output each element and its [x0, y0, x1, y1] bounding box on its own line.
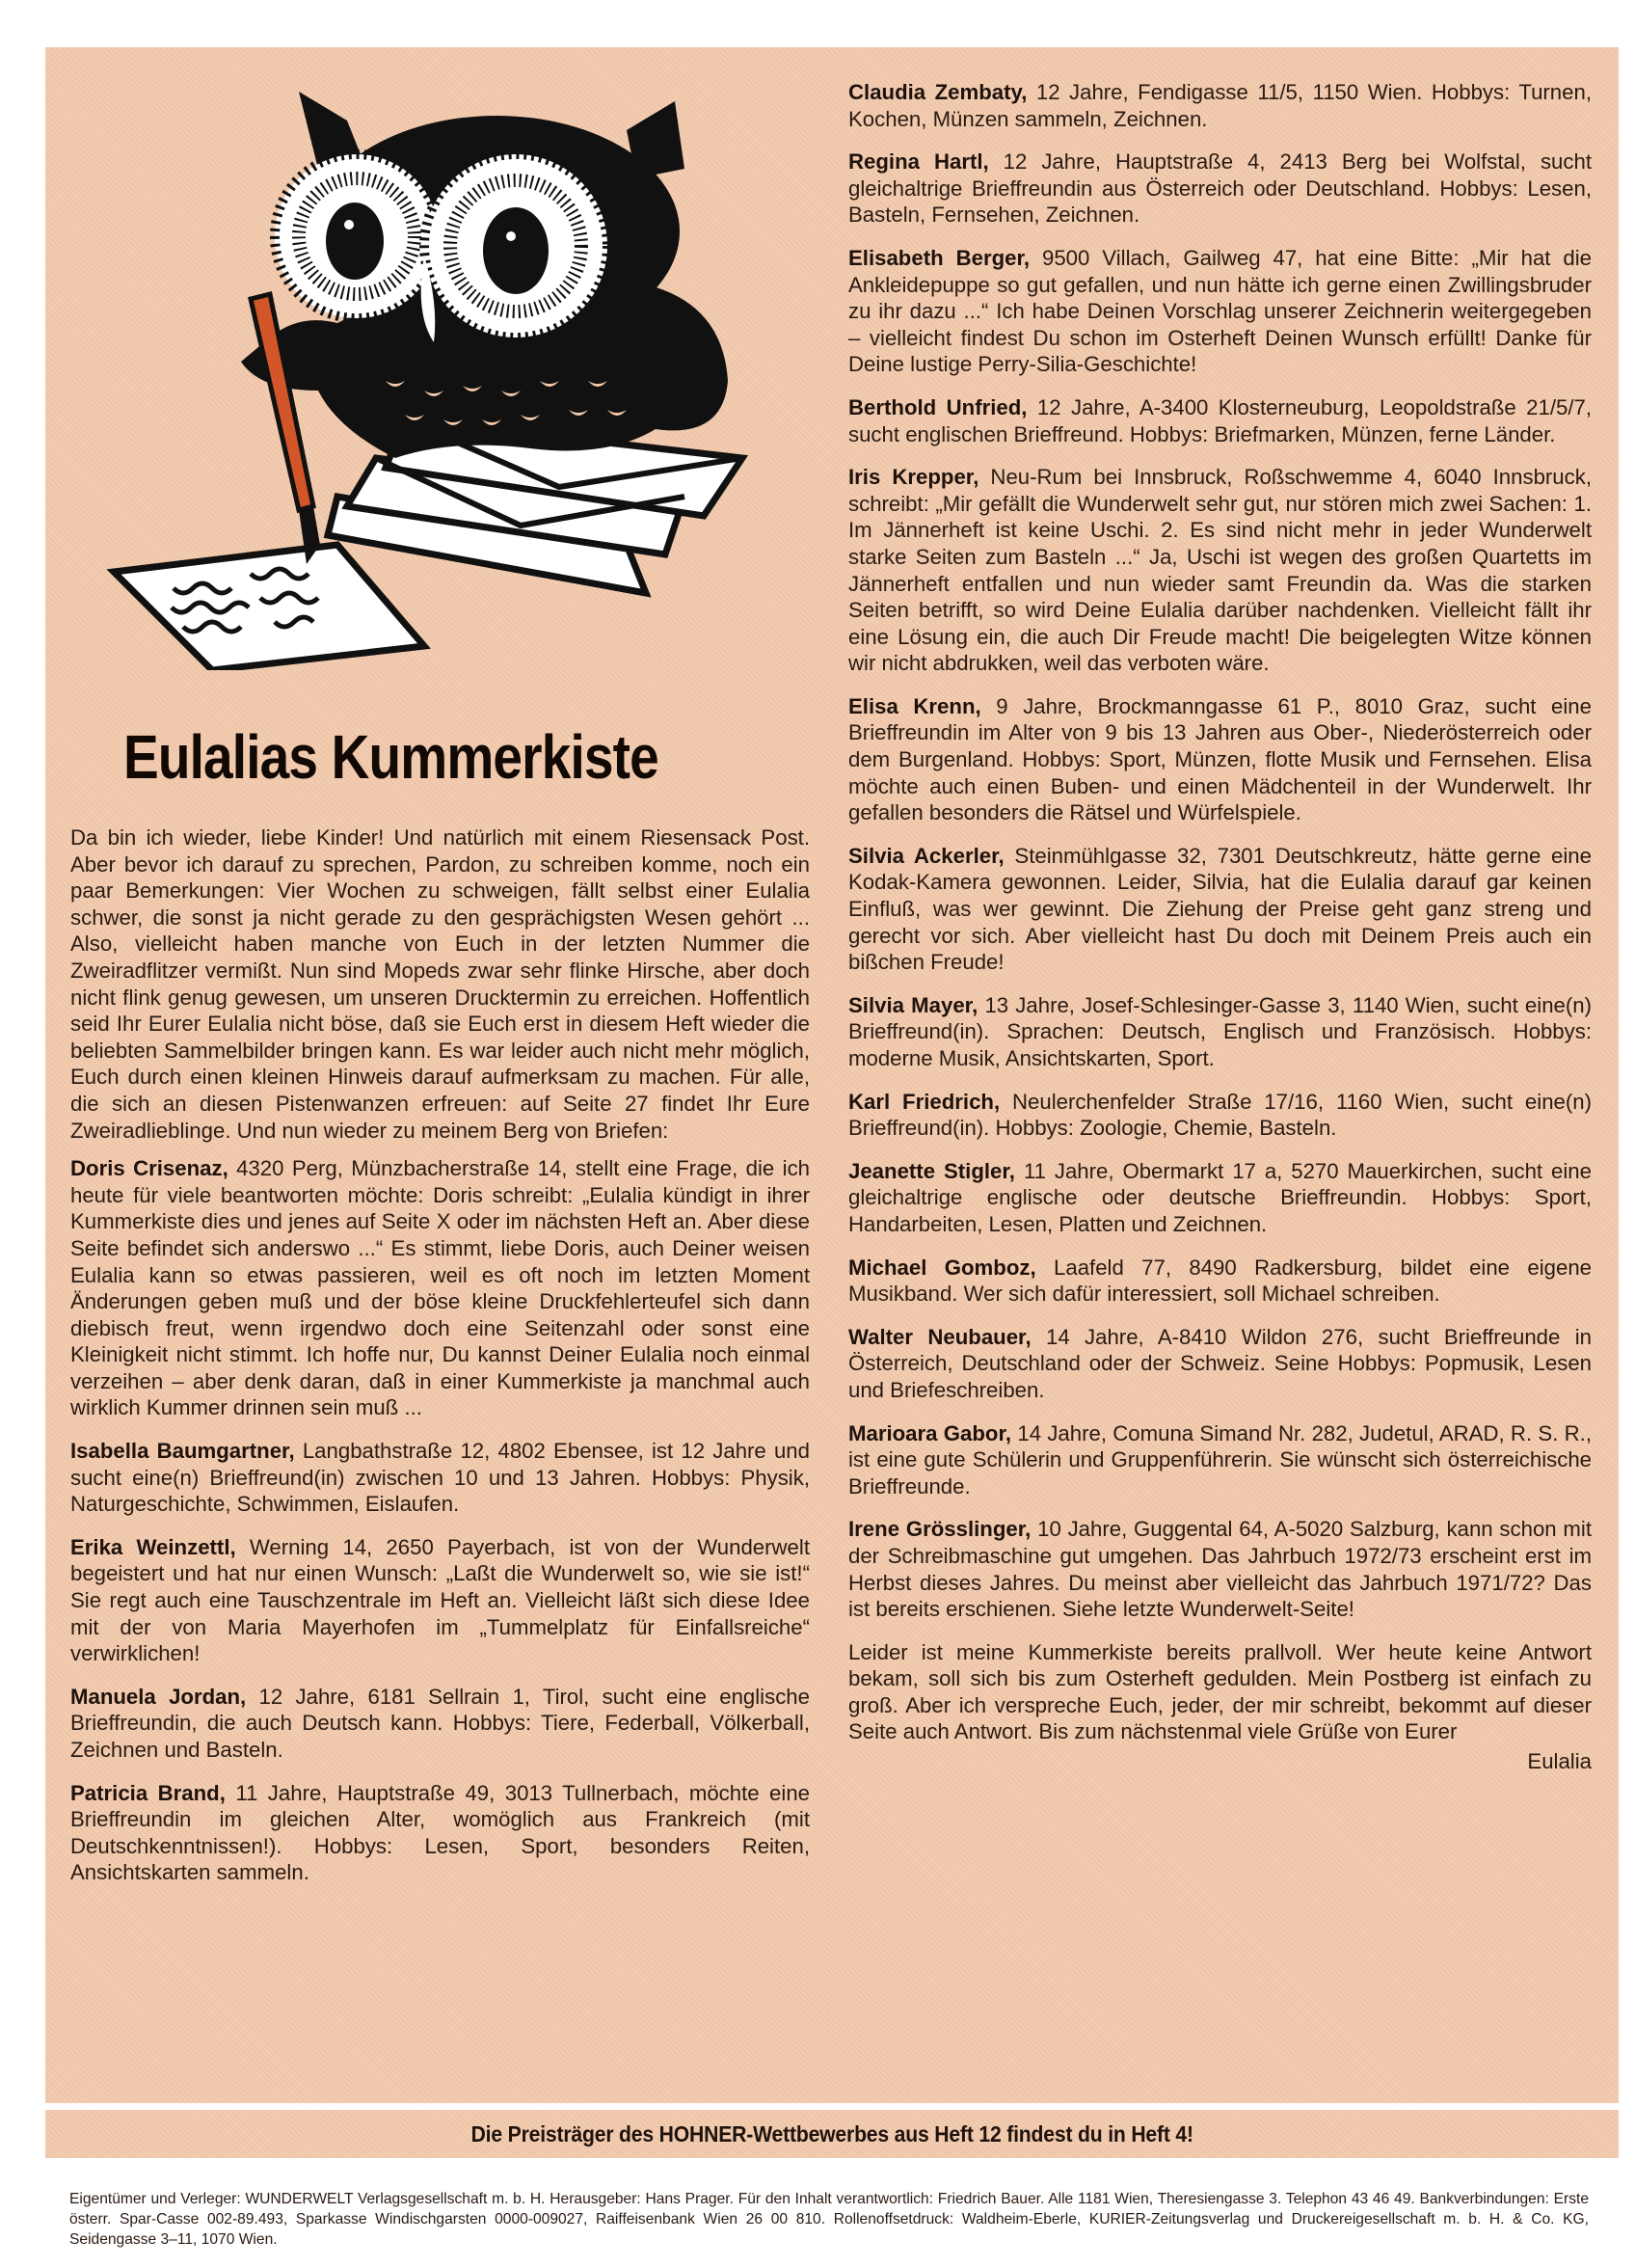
- letter-author: Isabella Baumgartner,: [70, 1439, 295, 1463]
- letter-entry: Silvia Ackerler, Steinmühlgasse 32, 7301…: [848, 843, 1592, 976]
- letter-author: Michael Gomboz,: [848, 1255, 1036, 1280]
- letter-entry: Elisabeth Berger, 9500 Villach, Gailweg …: [848, 245, 1592, 378]
- banner-text: Die Preisträger des HOHNER-Wettbewerbes …: [470, 2121, 1193, 2147]
- letter-author: Doris Crisenaz,: [70, 1156, 228, 1180]
- letter-author: Manuela Jordan,: [70, 1685, 246, 1709]
- letter-author: Regina Hartl,: [848, 149, 989, 174]
- intro-paragraph: Da bin ich wieder, liebe Kinder! Und nat…: [70, 824, 810, 1144]
- letter-author: Erika Weinzettl,: [70, 1535, 236, 1559]
- owl-writing-icon: [106, 92, 771, 670]
- letter-entry: Manuela Jordan, 12 Jahre, 6181 Sellrain …: [70, 1684, 810, 1764]
- letter-entry: Berthold Unfried, 12 Jahre, A-3400 Klost…: [848, 394, 1592, 447]
- letter-entry: Jeanette Stigler, 11 Jahre, Obermarkt 17…: [848, 1158, 1592, 1238]
- left-column: Da bin ich wieder, liebe Kinder! Und nat…: [70, 824, 810, 1903]
- prize-winners-banner: Die Preisträger des HOHNER-Wettbewerbes …: [45, 2110, 1619, 2158]
- letter-entry: Silvia Mayer, 13 Jahre, Josef-Schlesinge…: [848, 992, 1592, 1072]
- letter-author: Patricia Brand,: [70, 1781, 226, 1805]
- closing-paragraph: Leider ist meine Kummerkiste bereits pra…: [848, 1639, 1592, 1745]
- letter-entry: Marioara Gabor, 14 Jahre, Comuna Simand …: [848, 1420, 1592, 1500]
- letter-entry: Claudia Zembaty, 12 Jahre, Fendigasse 11…: [848, 79, 1592, 132]
- right-column: Claudia Zembaty, 12 Jahre, Fendigasse 11…: [848, 79, 1592, 1792]
- letter-author: Claudia Zembaty,: [848, 80, 1027, 104]
- letter-paper-icon: [114, 545, 424, 670]
- letter-author: Iris Krepper,: [848, 465, 978, 489]
- imprint-footer: Eigentümer und Verleger: WUNDERWELT Verl…: [69, 2189, 1589, 2250]
- letter-author: Irene Grösslinger,: [848, 1517, 1031, 1541]
- letter-entry: Isabella Baumgartner, Langbathstraße 12,…: [70, 1438, 810, 1518]
- letter-entry: Walter Neubauer, 14 Jahre, A-8410 Wildon…: [848, 1324, 1592, 1404]
- letter-entry: Doris Crisenaz, 4320 Perg, Münzbacherstr…: [70, 1155, 810, 1421]
- letter-entry: Erika Weinzettl, Werning 14, 2650 Payerb…: [70, 1534, 810, 1667]
- letter-entry: Iris Krepper, Neu-Rum bei Innsbruck, Roß…: [848, 464, 1592, 677]
- signature: Eulalia: [848, 1748, 1592, 1775]
- letter-author: Walter Neubauer,: [848, 1325, 1032, 1349]
- letter-text: Neu-Rum bei Innsbruck, Roßschwemme 4, 60…: [848, 465, 1592, 675]
- letter-entry: Michael Gomboz, Laafeld 77, 8490 Radkers…: [848, 1255, 1592, 1308]
- letter-entry: Karl Friedrich, Neulerchenfelder Straße …: [848, 1089, 1592, 1142]
- letter-author: Silvia Ackerler,: [848, 844, 1005, 868]
- letter-author: Jeanette Stigler,: [848, 1159, 1015, 1183]
- letter-author: Berthold Unfried,: [848, 395, 1027, 419]
- letter-entry: Elisa Krenn, 9 Jahre, Brockmanngasse 61 …: [848, 693, 1592, 826]
- owl-body: [241, 92, 728, 458]
- letter-author: Elisa Krenn,: [848, 694, 981, 718]
- letter-author: Karl Friedrich,: [848, 1090, 1000, 1114]
- letter-entry: Patricia Brand, 11 Jahre, Hauptstraße 49…: [70, 1780, 810, 1886]
- letter-author: Silvia Mayer,: [848, 993, 978, 1017]
- letter-entry: Irene Grösslinger, 10 Jahre, Guggental 6…: [848, 1516, 1592, 1622]
- page-title: Eulalias Kummerkiste: [123, 721, 687, 793]
- letter-author: Elisabeth Berger,: [848, 246, 1030, 270]
- letter-author: Marioara Gabor,: [848, 1421, 1011, 1445]
- letter-text: 4320 Perg, Münzbacherstraße 14, stellt e…: [70, 1156, 810, 1419]
- letter-entry: Regina Hartl, 12 Jahre, Hauptstraße 4, 2…: [848, 148, 1592, 229]
